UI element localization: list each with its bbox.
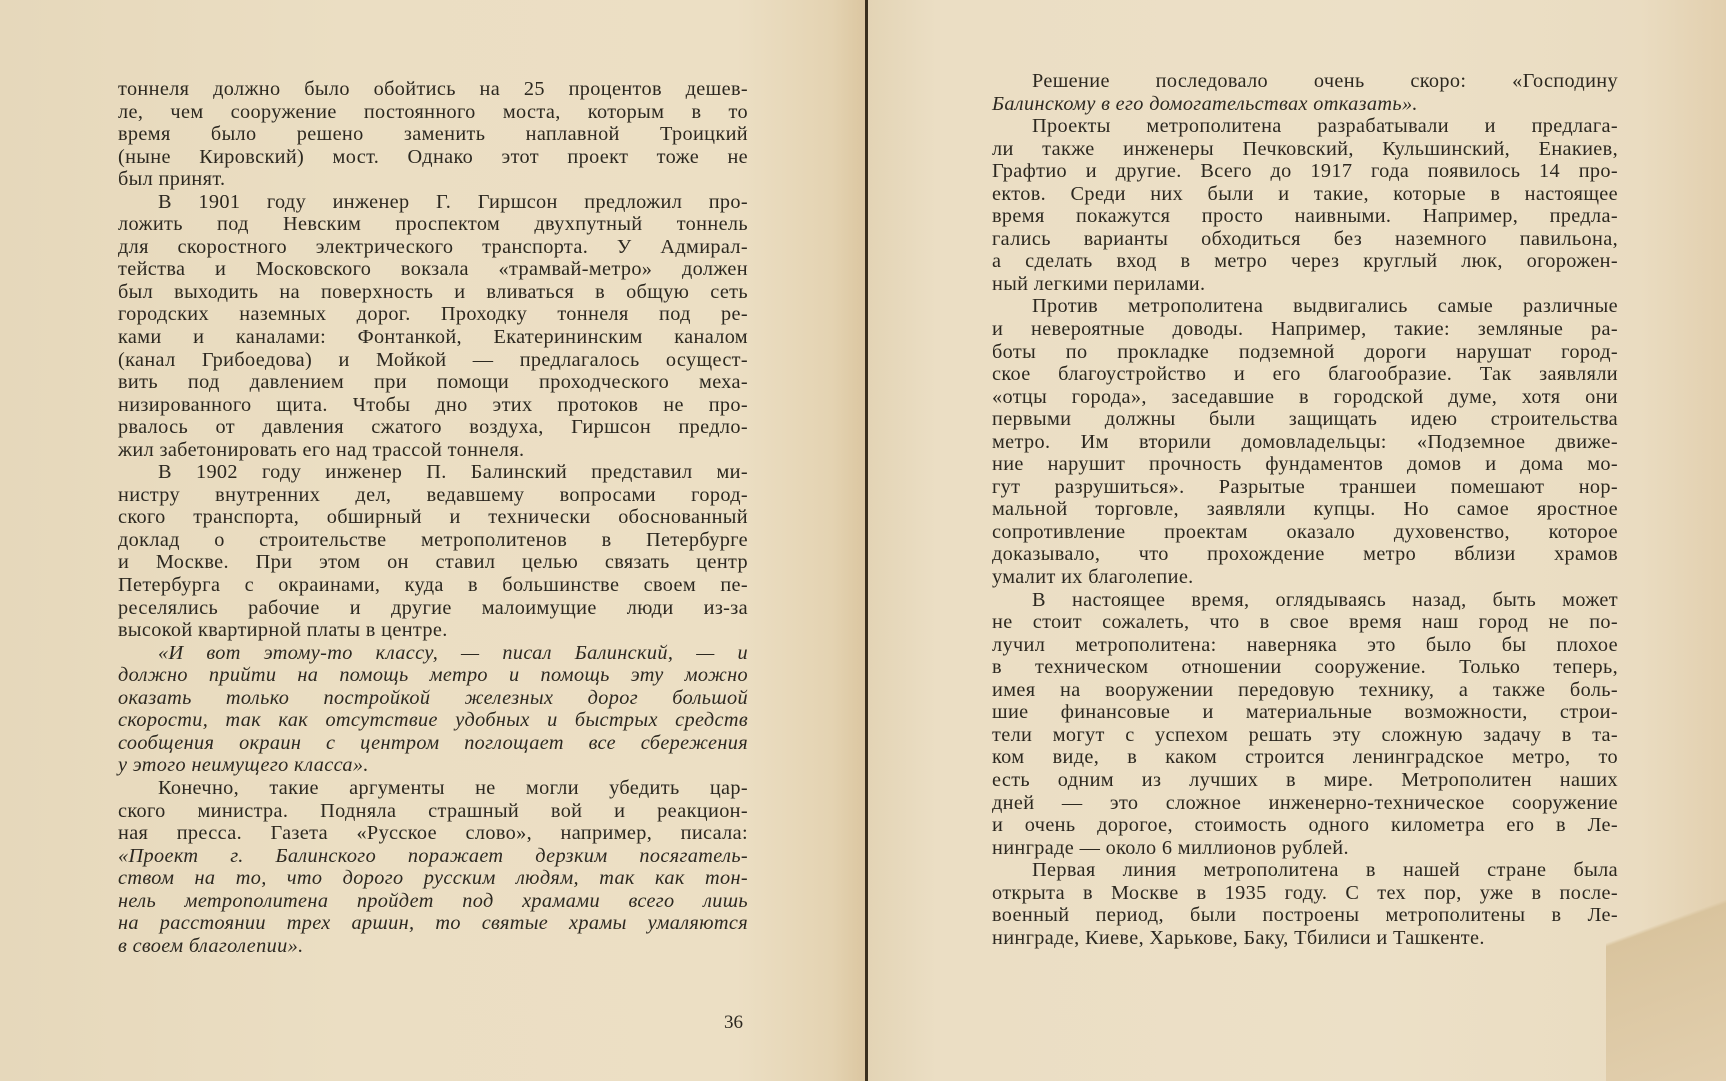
text-line: ная пресса. Газета «Русское слово», напр… (118, 822, 748, 845)
text-line: вить под давлением при помощи проходческ… (118, 371, 748, 394)
left-page: тоннеля должно было обойтись на 25 проце… (0, 0, 866, 1081)
text-line: нинграде, Киеве, Харькове, Баку, Тбилиси… (992, 927, 1618, 950)
text-line: реселялись рабочие и другие малоимущие л… (118, 597, 748, 620)
text-line: городских наземных дорог. Проходку тонне… (118, 303, 748, 326)
text-line: боты по прокладке подземной дороги наруш… (992, 341, 1618, 364)
text-line: должно прийти на помощь метро и помощь э… (118, 664, 748, 687)
text-line: Петербурга с окраинами, куда в большинст… (118, 574, 748, 597)
text-line: Решение последовало очень скоро: «Господ… (992, 70, 1618, 93)
text-line: Конечно, такие аргументы не могли убедит… (118, 777, 748, 800)
text-line: Против метрополитена выдвигались самые р… (992, 295, 1618, 318)
text-line: лучил метрополитена: наверняка это было … (992, 634, 1618, 657)
page-number-left: 36 (724, 1012, 743, 1034)
text-line: и Москве. При этом он ставил целью связа… (118, 551, 748, 574)
text-line: имея на вооружении передовую технику, а … (992, 679, 1618, 702)
text-line: был принят. (118, 168, 748, 191)
text-line: ние нарушит прочность фундаментов домов … (992, 453, 1618, 476)
text-line: ложить под Невским проспектом двухпутный… (118, 213, 748, 236)
text-line: тейства и Московского вокзала «трамвай-м… (118, 258, 748, 281)
text-line: нистру внутренних дел, ведавшему вопроса… (118, 484, 748, 507)
text-line: и невероятные доводы. Например, такие: з… (992, 318, 1618, 341)
text-line: В 1901 году инженер Г. Гиршсон предложил… (118, 191, 748, 214)
text-line: и очень дорогое, стоимость одного киломе… (992, 814, 1618, 837)
text-line: В настоящее время, оглядываясь назад, бы… (992, 589, 1618, 612)
text-line: Балинскому в его домогательствах отказат… (992, 93, 1618, 116)
text-line: есть одним из лучших в мире. Метрополите… (992, 769, 1618, 792)
text-line: для скоростного электрического транспорт… (118, 236, 748, 259)
text-line: (ныне Кировский) мост. Однако этот проек… (118, 146, 748, 169)
text-line: тели могут с успехом решать эту сложную … (992, 724, 1618, 747)
text-line: а сделать вход в метро через круглый люк… (992, 250, 1618, 273)
left-page-text: тоннеля должно было обойтись на 25 проце… (118, 78, 748, 957)
text-line: гались варианты обходиться без наземного… (992, 228, 1618, 251)
text-line: гут разрушиться». Разрытые траншеи помеш… (992, 476, 1618, 499)
text-line: ли также инженеры Печковский, Кульшински… (992, 138, 1618, 161)
text-line: дней — это сложное инженерно-техническое… (992, 792, 1618, 815)
text-line: сопротивление проектам оказало духовенст… (992, 521, 1618, 544)
right-page-text: Решение последовало очень скоро: «Господ… (992, 70, 1618, 949)
text-line: ком виде, в каком строится ленинградское… (992, 746, 1618, 769)
text-line: мальной торговле, заявляли купцы. Но сам… (992, 498, 1618, 521)
text-line: у этого неимущего класса». (118, 754, 748, 777)
text-line: нель метрополитена пройдет под храмами в… (118, 890, 748, 913)
text-line: ле, чем сооружение постоянного моста, ко… (118, 101, 748, 124)
text-line: был выходить на поверхность и вливаться … (118, 281, 748, 304)
text-line: ского министра. Подняла страшный вой и р… (118, 800, 748, 823)
text-line: ектов. Среди них были и такие, которые в… (992, 183, 1618, 206)
text-line: рвалось от давления сжатого воздуха, Гир… (118, 416, 748, 439)
text-line: доклад о строительстве метрополитенов в … (118, 529, 748, 552)
text-line: Графтио и другие. Всего до 1917 года поя… (992, 160, 1618, 183)
text-line: время покажутся просто наивными. Наприме… (992, 205, 1618, 228)
text-line: ское благоустройство и его благообразие.… (992, 363, 1618, 386)
text-line: первыми должны были защищать идею строит… (992, 408, 1618, 431)
text-line: ный легкими перилами. (992, 273, 1618, 296)
text-line: нинграде — около 6 миллионов рублей. (992, 837, 1618, 860)
text-line: Проекты метрополитена разрабатывали и пр… (992, 115, 1618, 138)
text-line: «И вот этому-то классу, — писал Балински… (118, 642, 748, 665)
text-line: в техническом отношении сооружение. Толь… (992, 656, 1618, 679)
text-line: не стоит сожалеть, что в свое время наш … (992, 611, 1618, 634)
text-line: ством на то, что дорого русским людям, т… (118, 867, 748, 890)
text-line: высокой квартирной платы в центре. (118, 619, 748, 642)
text-line: низированного щита. Чтобы дно этих прото… (118, 394, 748, 417)
text-line: ками и каналами: Фонтанкой, Екатерининск… (118, 326, 748, 349)
text-line: В 1902 году инженер П. Балинский предста… (118, 461, 748, 484)
text-line: время было решено заменить наплавной Тро… (118, 123, 748, 146)
text-line: доказывало, что прохождение метро вблизи… (992, 543, 1618, 566)
text-line: сообщения окраин с центром поглощает все… (118, 732, 748, 755)
text-line: жил забетонировать его над трассой тонне… (118, 439, 748, 462)
page-corner-wear (1606, 721, 1726, 1081)
text-line: ского транспорта, обширный и технически … (118, 506, 748, 529)
book-spread: тоннеля должно было обойтись на 25 проце… (0, 0, 1726, 1081)
text-line: на расстоянии трех аршин, то святые храм… (118, 912, 748, 935)
text-line: открыта в Москве в 1935 году. С тех пор,… (992, 882, 1618, 905)
text-line: «Проект г. Балинского поражает дерзким п… (118, 845, 748, 868)
text-line: Первая линия метрополитена в нашей стран… (992, 859, 1618, 882)
text-line: шие финансовые и материальные возможност… (992, 701, 1618, 724)
text-line: в своем благолепии». (118, 935, 748, 958)
text-line: метро. Им вторили домовладельцы: «Подзем… (992, 431, 1618, 454)
text-line: оказать только постройкой железных дорог… (118, 687, 748, 710)
text-line: военный период, были построены метрополи… (992, 904, 1618, 927)
text-line: скорости, так как отсутствие удобных и б… (118, 709, 748, 732)
text-line: умалит их благолепие. (992, 566, 1618, 589)
text-line: «отцы города», заседавшие в городской ду… (992, 386, 1618, 409)
text-line: (канал Грибоедова) и Мойкой — предлагало… (118, 349, 748, 372)
text-line: тоннеля должно было обойтись на 25 проце… (118, 78, 748, 101)
